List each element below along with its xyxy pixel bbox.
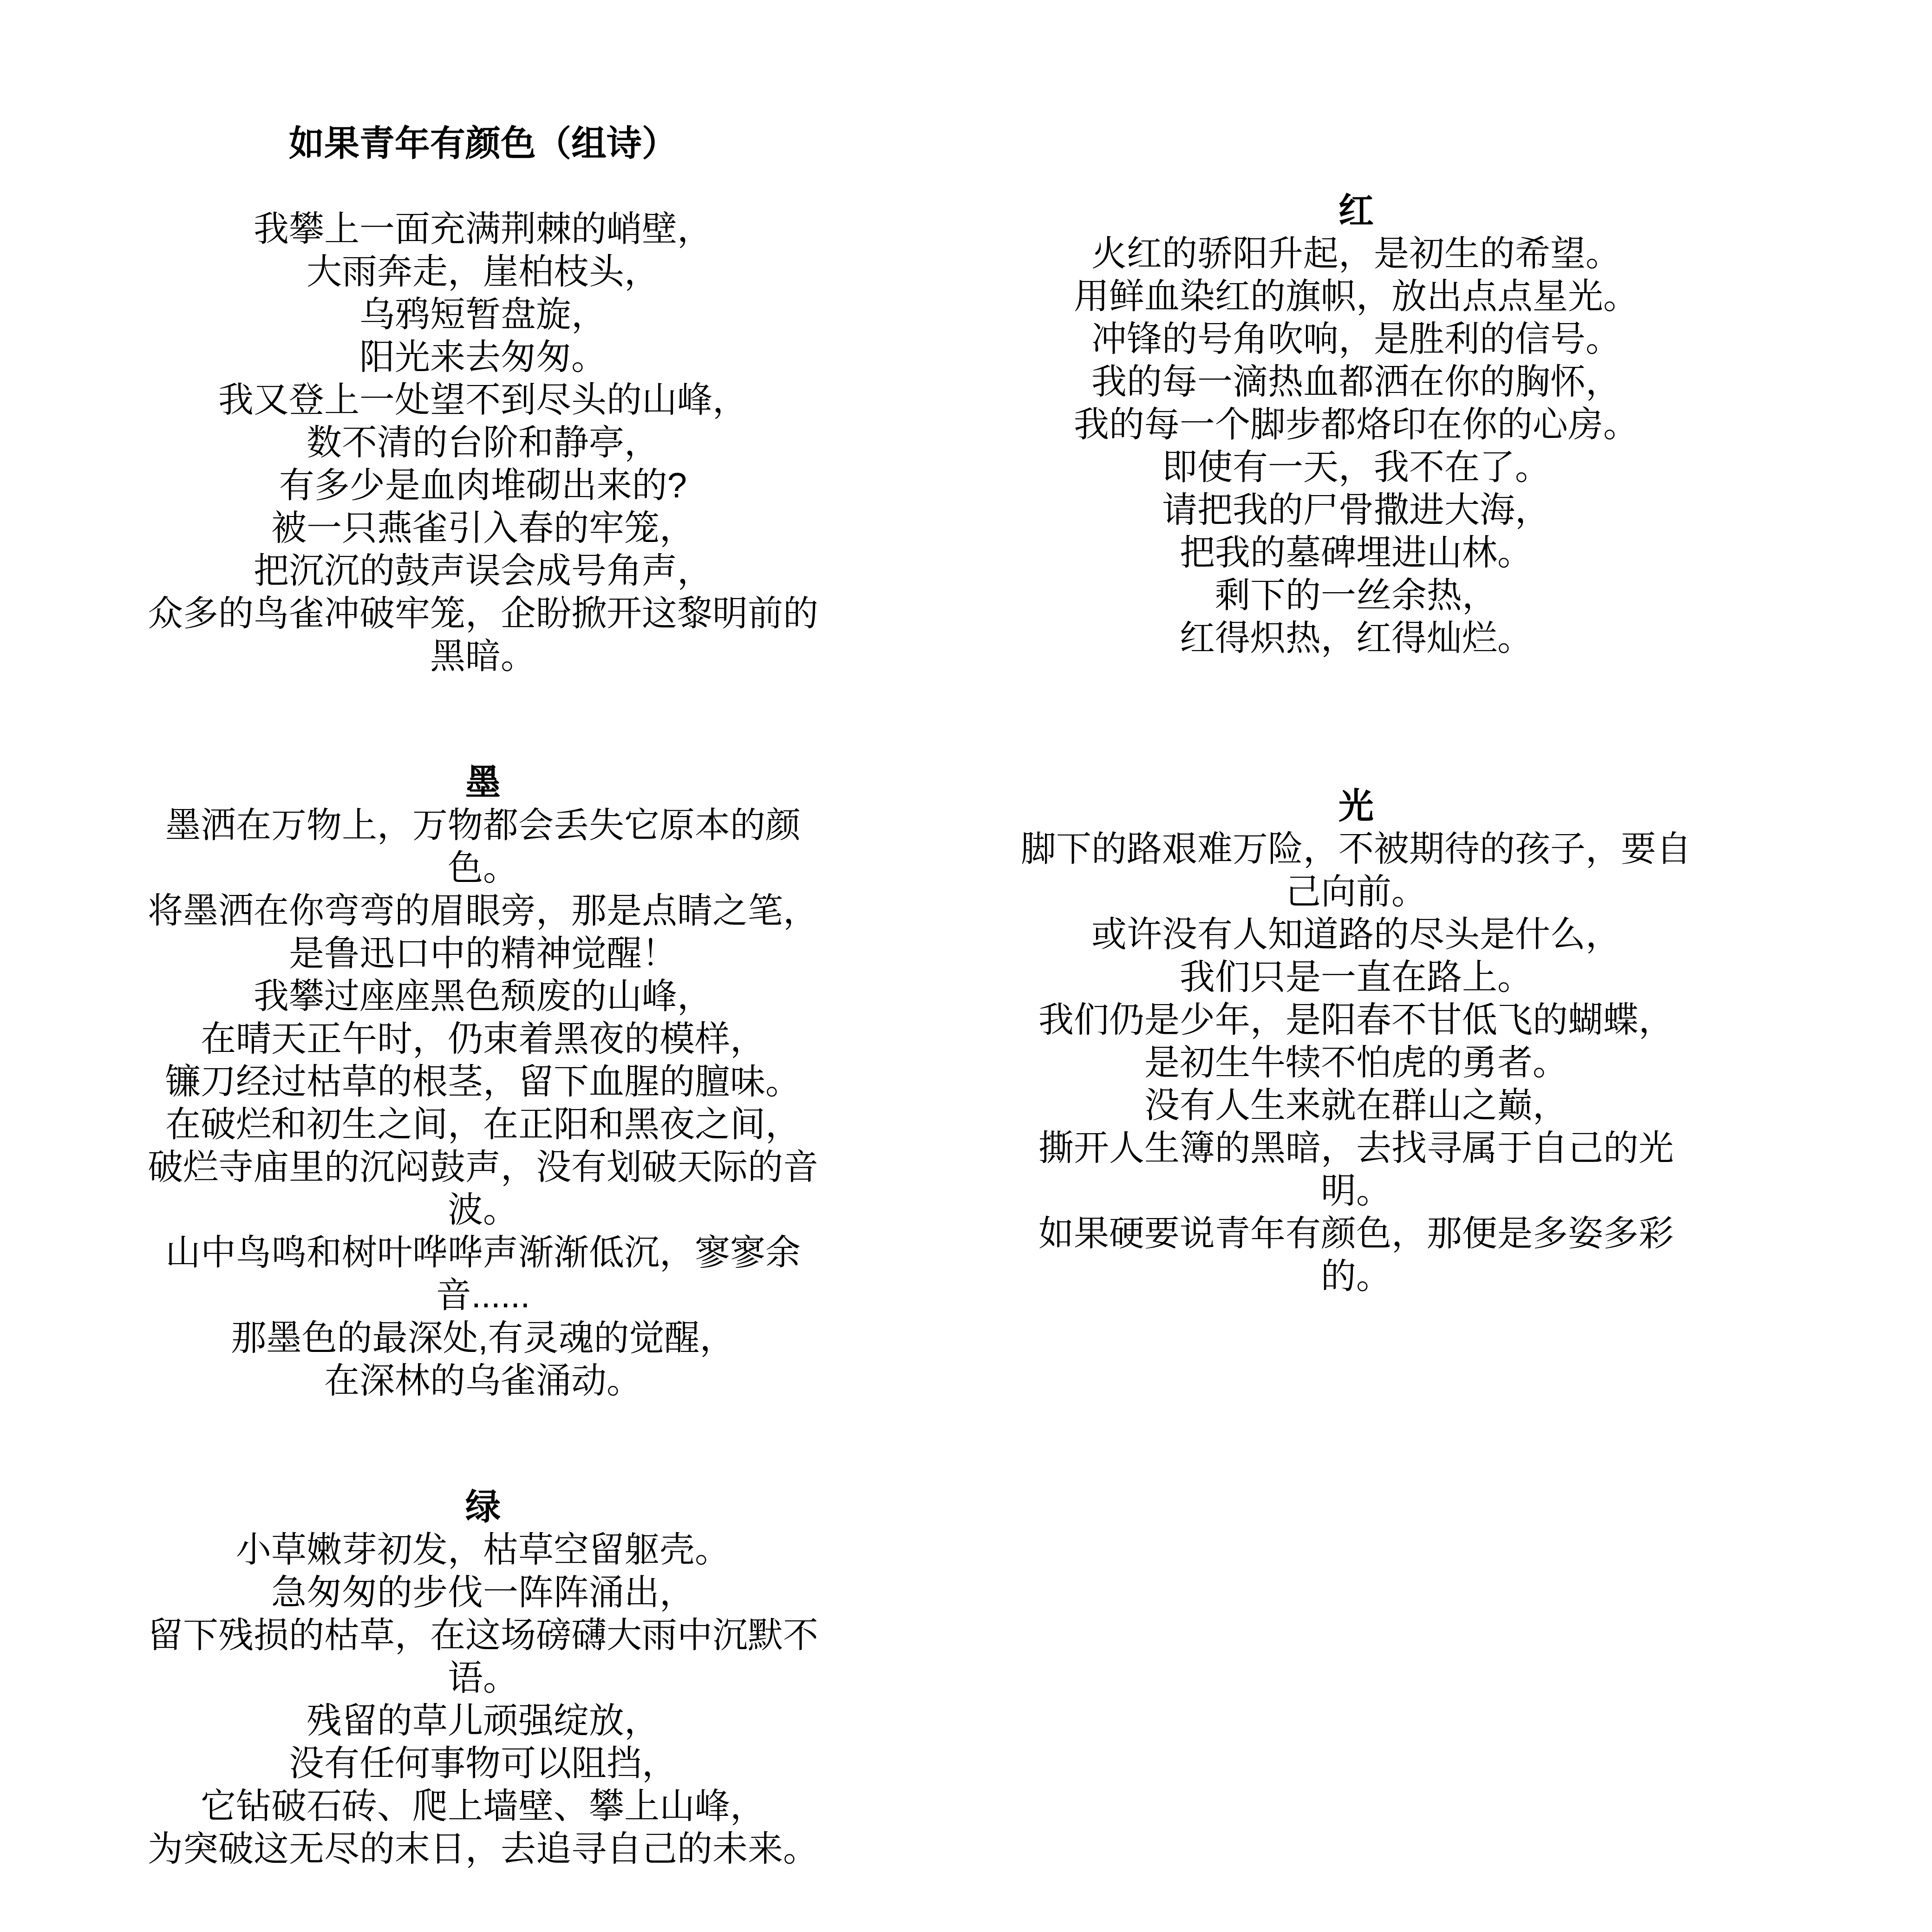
poem: 光脚下的路艰难万险，不被期待的孩子，要自己向前。或许没有人知道路的尽头是什么，我…	[985, 785, 1728, 1298]
poem: 墨墨洒在万物上，万物都会丢失它原本的颜色。将墨洒在你弯弯的眉眼旁，那是点睛之笔，…	[111, 762, 855, 1403]
poem-line: 即使有一天，我不在了。	[985, 446, 1728, 489]
poem-line: 音......	[111, 1274, 855, 1317]
poem-line: 数不清的台阶和静亭，	[111, 422, 855, 464]
poem-line: 留下残损的枯草，在这场磅礴大雨中沉默不	[111, 1614, 855, 1657]
poem-line: 脚下的路艰难万险，不被期待的孩子，要自	[985, 828, 1728, 871]
poem-line: 用鲜血染红的旗帜，放出点点星光。	[985, 275, 1728, 318]
poem: 绿小草嫩芽初发，枯草空留躯壳。急匆匆的步伐一阵阵涌出，留下残损的枯草，在这场磅礴…	[111, 1486, 855, 1871]
right-column-poems: 红火红的骄阳升起，是初生的希望。用鲜血染红的旗帜，放出点点星光。冲锋的号角吹响，…	[985, 190, 1728, 1298]
poem-line: 阳光来去匆匆。	[111, 336, 855, 379]
poem-line: 黑暗。	[111, 635, 855, 678]
poem-line: 请把我的尸骨撒进大海，	[985, 489, 1728, 532]
poem-line: 火红的骄阳升起，是初生的希望。	[985, 233, 1728, 275]
poem-line: 是初生牛犊不怕虎的勇者。	[985, 1042, 1728, 1084]
poem-line: 己向前。	[985, 871, 1728, 914]
poem-line: 墨洒在万物上，万物都会丢失它原本的颜	[111, 804, 855, 847]
poem-line: 语。	[111, 1657, 855, 1700]
poem-line: 我的每一个脚步都烙印在你的心房。	[985, 404, 1728, 446]
poem-line: 的。	[985, 1255, 1728, 1298]
poem-line: 在深林的乌雀涌动。	[111, 1360, 855, 1403]
poem-line: 剩下的一丝余热，	[985, 574, 1728, 617]
poem-line: 没有任何事物可以阻挡，	[111, 1743, 855, 1785]
poem-title: 光	[985, 785, 1728, 828]
poem-line: 冲锋的号角吹响，是胜利的信号。	[985, 318, 1728, 361]
poem-line: 乌鸦短暂盘旋，	[111, 294, 855, 336]
poem-title: 绿	[111, 1486, 855, 1529]
poem-line: 没有人生来就在群山之巅，	[985, 1084, 1728, 1127]
poem-line: 那墨色的最深处,有灵魂的觉醒，	[111, 1317, 855, 1360]
poem: 我攀上一面充满荆棘的峭壁，大雨奔走，崖柏枝头，乌鸦短暂盘旋，阳光来去匆匆。我又登…	[111, 208, 855, 678]
poem-line: 我又登上一处望不到尽头的山峰，	[111, 379, 855, 422]
poem-line: 或许没有人知道路的尽头是什么，	[985, 914, 1728, 956]
poem-line: 波。	[111, 1189, 855, 1232]
poem-line: 在破烂和初生之间，在正阳和黑夜之间，	[111, 1103, 855, 1146]
document-title: 如果青年有颜色（组诗）	[111, 123, 855, 165]
poem-line: 残留的草儿顽强绽放，	[111, 1700, 855, 1743]
poem-line: 我的每一滴热血都洒在你的胸怀，	[985, 361, 1728, 404]
poem-line: 如果硬要说青年有颜色，那便是多姿多彩	[985, 1213, 1728, 1255]
poem-title: 墨	[111, 762, 855, 804]
poem-line: 把沉沉的鼓声误会成号角声，	[111, 550, 855, 593]
poem-line: 色。	[111, 847, 855, 890]
poem-line: 有多少是血肉堆砌出来的?	[111, 464, 855, 507]
poem-line: 小草嫩芽初发，枯草空留躯壳。	[111, 1529, 855, 1572]
poem-line: 为突破这无尽的末日，去追寻自己的未来。	[111, 1828, 855, 1871]
poem-line: 急匆匆的步伐一阵阵涌出，	[111, 1572, 855, 1614]
poem-line: 众多的鸟雀冲破牢笼，企盼掀开这黎明前的	[111, 593, 855, 635]
poem-line: 我们只是一直在路上。	[985, 956, 1728, 999]
poem-line: 明。	[985, 1170, 1728, 1213]
poem-title: 红	[985, 190, 1728, 233]
left-column: 如果青年有颜色（组诗） 我攀上一面充满荆棘的峭壁，大雨奔走，崖柏枝头，乌鸦短暂盘…	[111, 123, 855, 1871]
poem-line: 它钻破石砖、爬上墙壁、攀上山峰，	[111, 1785, 855, 1828]
poem-line: 我攀上一面充满荆棘的峭壁，	[111, 208, 855, 251]
poem-line: 被一只燕雀引入春的牢笼，	[111, 507, 855, 550]
poem-line: 我们仍是少年，是阳春不甘低飞的蝴蝶，	[985, 999, 1728, 1042]
poem-line: 将墨洒在你弯弯的眉眼旁，那是点睛之笔，	[111, 890, 855, 933]
left-column-poems: 我攀上一面充满荆棘的峭壁，大雨奔走，崖柏枝头，乌鸦短暂盘旋，阳光来去匆匆。我又登…	[111, 208, 855, 1871]
poem-line: 我攀过座座黑色颓废的山峰，	[111, 975, 855, 1018]
poem-line: 破烂寺庙里的沉闷鼓声，没有划破天际的音	[111, 1146, 855, 1189]
poem-line: 在晴天正午时，仍束着黑夜的模样，	[111, 1018, 855, 1061]
poem-line: 镰刀经过枯草的根茎，留下血腥的膻味。	[111, 1061, 855, 1103]
poem: 红火红的骄阳升起，是初生的希望。用鲜血染红的旗帜，放出点点星光。冲锋的号角吹响，…	[985, 190, 1728, 660]
poem-line: 山中鸟鸣和树叶哗哗声渐渐低沉，寥寥余	[111, 1232, 855, 1274]
poem-line: 是鲁迅口中的精神觉醒！	[111, 933, 855, 975]
poem-line: 红得炽热，红得灿烂。	[985, 617, 1728, 660]
poem-line: 撕开人生簿的黑暗，去找寻属于自己的光	[985, 1127, 1728, 1170]
document-page: 如果青年有颜色（组诗） 我攀上一面充满荆棘的峭壁，大雨奔走，崖柏枝头，乌鸦短暂盘…	[0, 0, 1932, 1932]
poem-line: 大雨奔走，崖柏枝头，	[111, 251, 855, 294]
right-column: 红火红的骄阳升起，是初生的希望。用鲜血染红的旗帜，放出点点星光。冲锋的号角吹响，…	[985, 190, 1728, 1298]
poem-line: 把我的墓碑埋进山林。	[985, 532, 1728, 574]
